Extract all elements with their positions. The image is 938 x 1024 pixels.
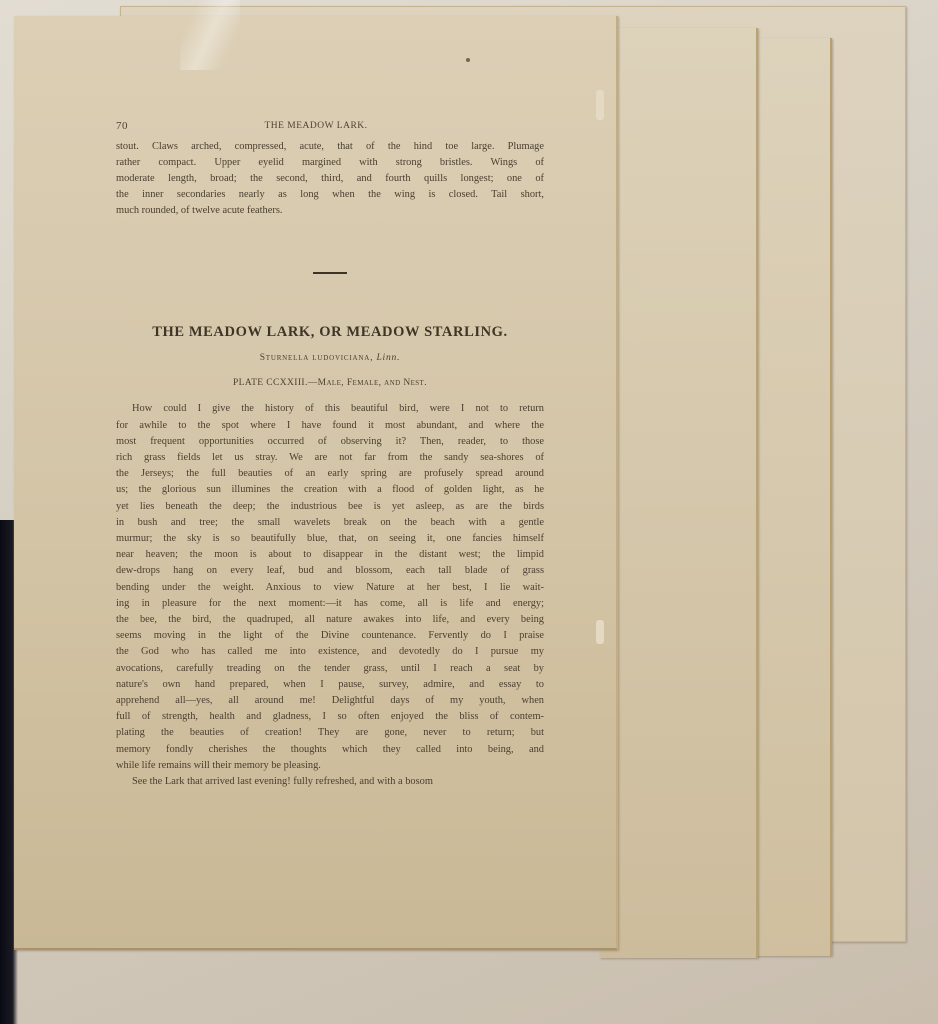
back-page-2 [600, 28, 758, 958]
text-line: stout. Claws arched, compressed, acute, … [116, 139, 544, 155]
species-name: Sturnella ludoviciana, Linn. [116, 350, 544, 367]
running-head: 70 THE MEADOW LARK. [116, 118, 544, 135]
species-binomial: Sturnella ludoviciana, [260, 353, 374, 363]
text-line: the inner secondaries nearly as long whe… [116, 187, 544, 203]
text-line: nature's own hand prepared, when I pause… [116, 677, 544, 693]
text-line: How could I give the history of this bea… [116, 401, 544, 417]
text-line: bending under the weight. Anxious to vie… [116, 580, 544, 596]
text-line: in bush and tree; the small wavelets bre… [116, 515, 544, 531]
text-line: most frequent opportunities occurred of … [116, 434, 544, 450]
text-line: rich grass fields let us stray. We are n… [116, 450, 544, 466]
text-line: near heaven; the moon is about to disapp… [116, 547, 544, 563]
text-line: for awhile to the spot where I have foun… [116, 418, 544, 434]
intro-paragraph: stout. Claws arched, compressed, acute, … [116, 139, 544, 220]
text-line: ing in pleasure for the next moment:—it … [116, 596, 544, 612]
section-rule [313, 272, 347, 274]
text-line: full of strength, health and gladness, I… [116, 709, 544, 725]
text-line: the Jerseys; the full beauties of an ear… [116, 466, 544, 482]
torn-edge [596, 620, 604, 644]
page-number: 70 [116, 118, 128, 135]
text-line: the God who has called me into existence… [116, 644, 544, 660]
text-line: dew-drops hang on every leaf, bud and bl… [116, 563, 544, 579]
text-line: much rounded, of twelve acute feathers. [116, 203, 544, 219]
text-line: moderate length, broad; the second, thir… [116, 171, 544, 187]
section-title: THE MEADOW LARK, OR MEADOW STARLING. [116, 324, 544, 341]
text-line: avocations, carefully treading on the te… [116, 661, 544, 677]
text-line: apprehend all—yes, all around me! Deligh… [116, 693, 544, 709]
paper-spot [466, 58, 470, 62]
text-line: rather compact. Upper eyelid margined wi… [116, 155, 544, 171]
text-line: the bee, the bird, the quadruped, all na… [116, 612, 544, 628]
text-line: See the Lark that arrived last evening! … [116, 774, 544, 790]
torn-edge [596, 90, 604, 120]
text-line: plating the beauties of creation! They a… [116, 725, 544, 741]
plastic-glare [180, 0, 240, 70]
text-line: us; the glorious sun illumines the creat… [116, 482, 544, 498]
text-line: memory fondly cherishes the thoughts whi… [116, 742, 544, 758]
text-line: seems moving in the light of the Divine … [116, 628, 544, 644]
text-line: yet lies beneath the deep; the industrio… [116, 499, 544, 515]
page-text-block: 70 THE MEADOW LARK. stout. Claws arched,… [116, 118, 544, 790]
text-line: murmur; the sky is so beautifully blue, … [116, 531, 544, 547]
running-head-title: THE MEADOW LARK. [128, 118, 544, 135]
plate-caption: PLATE CCXXIII.—Male, Female, and Nest. [116, 375, 544, 392]
species-author: Linn. [376, 353, 400, 363]
text-line: while life remains will their memory be … [116, 758, 544, 774]
body-paragraph: How could I give the history of this bea… [116, 401, 544, 790]
